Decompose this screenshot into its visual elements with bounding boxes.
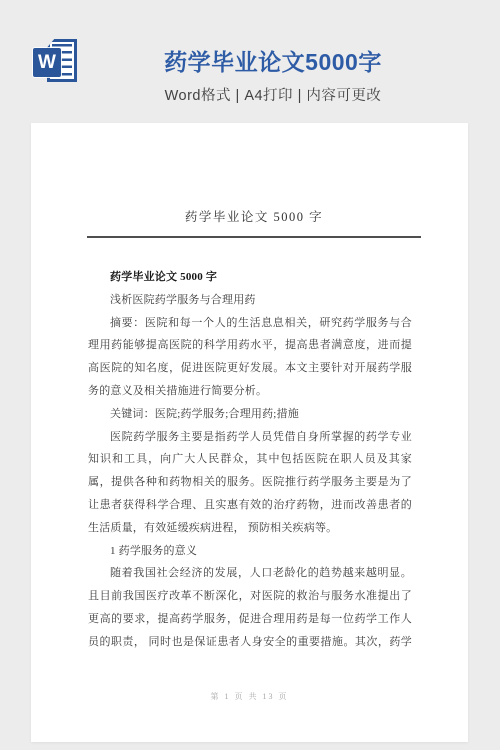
document-line: 理用药能够提高医院的科学用药水平，提高患者满意度，进而提: [88, 334, 412, 357]
document-line: 药学毕业论文 5000 字: [88, 266, 412, 289]
document-line: 1 药学服务的意义: [88, 540, 412, 563]
document-title: 药学毕业论文 5000 字: [87, 207, 421, 225]
document-line: 知识和工具，向广大人民群众，其中包括医院在职人员及其家: [88, 448, 412, 471]
document-line: 浅析医院药学服务与合理用药: [88, 289, 412, 312]
header-text-block: 药学毕业论文5000字 Word格式 | A4打印 | 内容可更改: [46, 44, 500, 105]
document-line: 更高的要求，提高药学服务，促进合理用药是每一位药学工作人: [88, 608, 412, 631]
document-line: 随着我国社会经济的发展，人口老龄化的趋势越来越明显。: [88, 562, 412, 585]
document-line: 属，提供各种和药物相关的服务。医院推行药学服务主要是为了: [88, 471, 412, 494]
document-line: 医院药学服务主要是指药学人员凭借自身所掌握的药学专业: [88, 426, 412, 449]
document-line: 且目前我国医疗改革不断深化，对医院的救治与服务水准提出了: [88, 585, 412, 608]
document-line: 摘要：医院和每一个人的生活息息相关，研究药学服务与合: [88, 312, 412, 335]
template-subtitle: Word格式 | A4打印 | 内容可更改: [46, 84, 500, 105]
document-line: 生活质量，有效延缓疾病进程， 预防相关疾病等。: [88, 517, 412, 540]
document-page: 药学毕业论文 5000 字 药学毕业论文 5000 字浅析医院药学服务与合理用药…: [31, 123, 468, 742]
page-number: 第 1 页 共 13 页: [31, 691, 468, 702]
document-line: 让患者获得科学合理、且实惠有效的治疗药物，进而改善患者的: [88, 494, 412, 517]
title-divider: [87, 236, 421, 238]
document-line: 关键词：医院;药学服务;合理用药;措施: [88, 403, 412, 426]
template-title: 药学毕业论文5000字: [46, 44, 500, 77]
document-body: 药学毕业论文 5000 字浅析医院药学服务与合理用药摘要：医院和每一个人的生活息…: [88, 266, 412, 654]
document-line: 务的意义及相关措施进行简要分析。: [88, 380, 412, 403]
template-preview-page: W 药学毕业论文5000字 Word格式 | A4打印 | 内容可更改 药学毕业…: [0, 0, 500, 750]
header: W 药学毕业论文5000字 Word格式 | A4打印 | 内容可更改: [0, 0, 500, 123]
document-line: 员的职责， 同时也是保证患者人身安全的重要措施。其次，药学: [88, 631, 412, 654]
document-line: 高医院的知名度，促进医院更好发展。本文主要针对开展药学服: [88, 357, 412, 380]
